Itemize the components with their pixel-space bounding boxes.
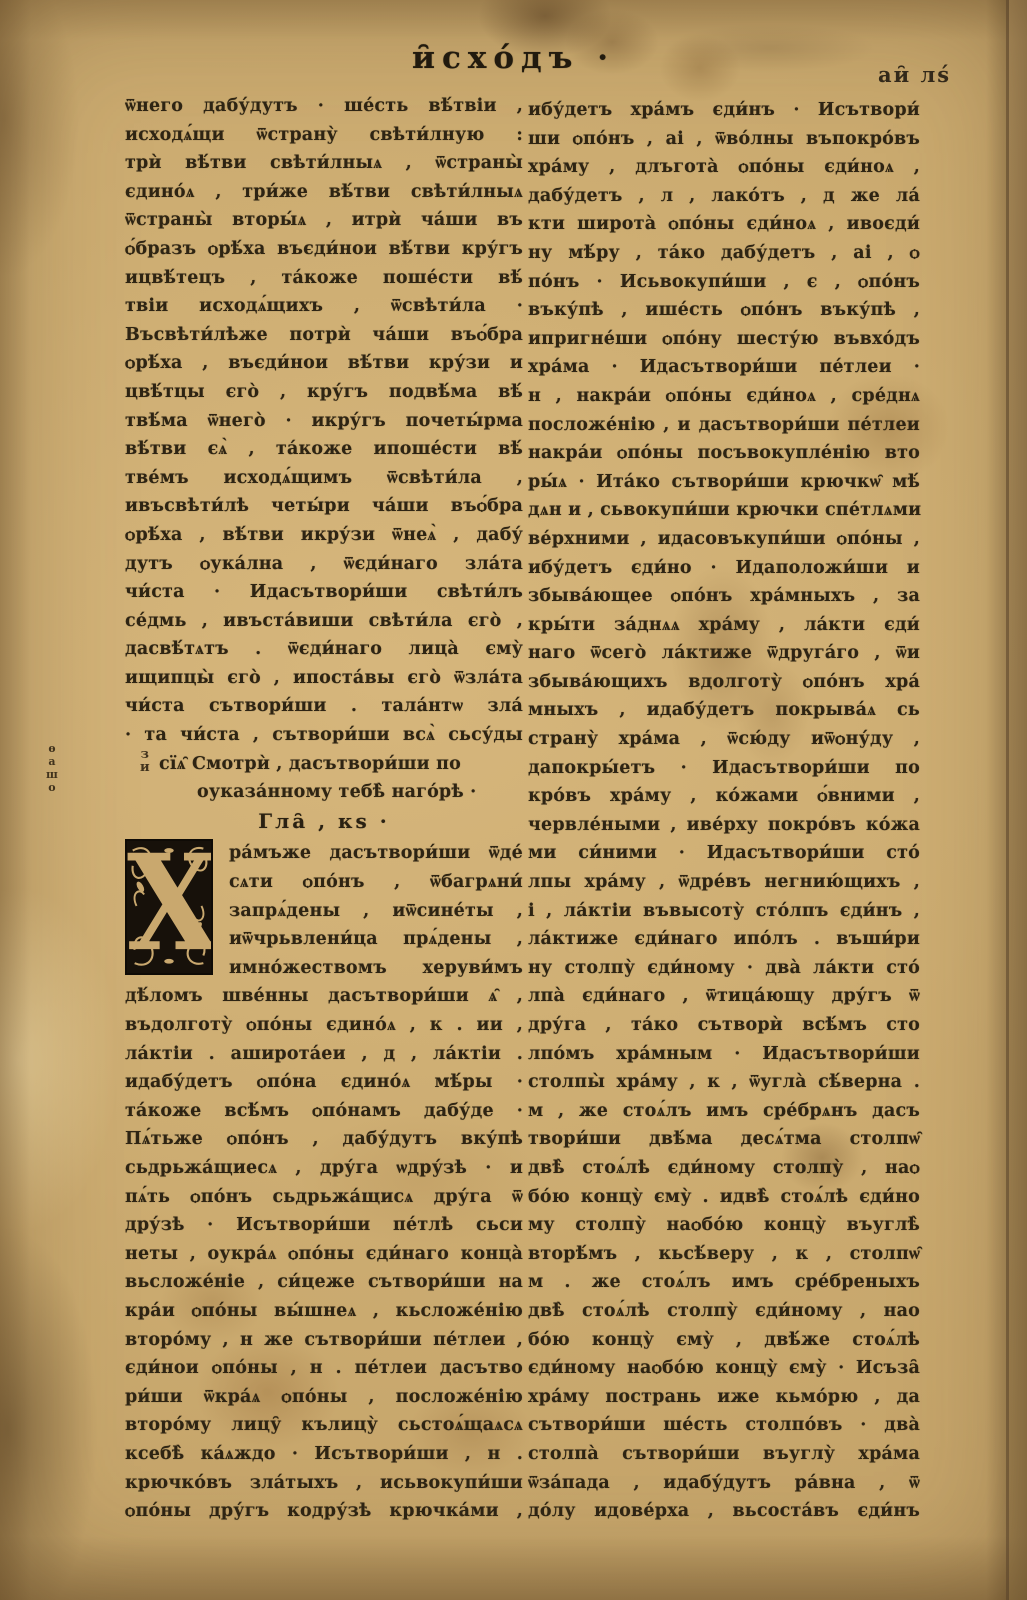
text-line: дасвѣ́тѧтъ . ѿєди́наго лица̀ єму̀	[125, 635, 523, 664]
text-line: столпы̀ хра́му , к , ѿугла̀ сѣ́верна .	[528, 1068, 920, 1097]
text-line: исходѧ́щи ѿстрану̀ свѣти́лную :	[125, 121, 523, 150]
text-line: наго ѿсего̀ ла́ктиже ѿдруга́го , ѿи	[528, 639, 920, 668]
text-line: цвѣ́тцы єго̀ , кру́гъ подвѣ́ма вѣ́	[125, 378, 523, 407]
dropcap-adjacent-text: ра́мъже дасътвори́ши ѿде́сѧти ѻпо́нъ , ѿ…	[229, 839, 523, 982]
text-line: та́коже всѣ́мъ ѻпо́намъ дабу́де ·	[125, 1097, 523, 1126]
text-line: дру́зѣ · Исътвори́ши пе́тлѣ сьси	[125, 1211, 523, 1240]
text-line: му столпу̀ наѻбо́ю концу̀ въуглѣ̀	[528, 1211, 920, 1240]
page-edge-line	[1006, 0, 1009, 1600]
text-line: ѿнего дабу́дутъ · ше́сть вѣ́твіи ,	[125, 92, 523, 121]
text-line: иѿчрьвлени́ца прѧ́дены ,	[229, 925, 523, 954]
page-edge-shadow	[1009, 0, 1027, 1600]
text-line: м , же стоѧ́лъ имъ сре́брѧнъ дасъ	[528, 1097, 920, 1126]
text-line: ищипцы̀ єго̀ , ипоста́вы єго̀ ѿзла́та	[125, 664, 523, 693]
text-line: єди́ному наѻбо́ю концу̀ єму̀ · Исъза̑	[528, 1354, 920, 1383]
text-line: страну̀ хра́ма , ѿсю́ду иѿѻну́ду ,	[528, 725, 920, 754]
text-line: ѻрѣ́ха , вѣ́тви икру́зи ѿнеѧ̀ , дабу́	[125, 521, 523, 550]
right-column: ибу́детъ хра́мъ єди́нъ · Исътвори́ши ѻпо…	[528, 96, 920, 1526]
dropcap-section: Х ра́мъже дасътвори́ши ѿде́сѧти ѻпо́нъ ,…	[125, 839, 523, 982]
text-line: кро́въ хра́му , ко́жами ѻ́вними ,	[528, 782, 920, 811]
text-line: чи́ста сътвори́ши . тала́нтѡ зла́	[125, 692, 523, 721]
text-line: твѣ́ма ѿнего̀ · икру́гъ почеты́рма	[125, 407, 523, 436]
text-line: сѧти ѻпо́нъ , ѿбагрѧни́	[229, 868, 523, 897]
text-line: двѣ̀ стоѧ́лѣ столпу̀ єди́ному , нао	[528, 1297, 920, 1326]
text-line: кра́и ѻпо́ны вы́шнеѧ , кьсложе́нію	[125, 1297, 523, 1326]
text-line: ибу́детъ єди́но · Идаположи́ши и	[528, 554, 920, 583]
text-line: второ́му лицу̑ кълицу̀ сьстоѧ́щаѧсѧ	[125, 1411, 523, 1440]
text-line: ра́мъже дасътвори́ши ѿде́	[229, 839, 523, 868]
text-line: ну мѣ́ру , та́ко дабу́детъ , аі , ѻ	[528, 239, 920, 268]
text-line: ла́ктіи . аширота́еи , д , ла́ктіи .	[125, 1040, 523, 1069]
margin-note-left: ѳашо	[46, 742, 58, 794]
text-line: ѿстраны̀ вторы́ѧ , итрѝ ча́ши въ	[125, 206, 523, 235]
text-line: дутъ ѻука́лна , ѿєди́наго зла́та	[125, 550, 523, 579]
text-line: чи́ста · Идасътвори́ши свѣти́лъ	[125, 578, 523, 607]
text-line: ла́ктиже єди́наго ипо́лъ . въши́ри	[528, 925, 920, 954]
text-line: ве́рхними , идасовъкупи́ши ѻпо́ны ,	[528, 525, 920, 554]
text-line: вьсложе́ніе , си́цеже сътвори́ши на	[125, 1268, 523, 1297]
text-line: вѣ́тви єѧ̀ , та́коже ипоше́сти вѣ́	[125, 435, 523, 464]
text-line: єдино́ѧ , три́же вѣ́тви свѣти́лныѧ	[125, 178, 523, 207]
text-line: ши ѻпо́нъ , аі , ѿво́лны въпокро́въ	[528, 125, 920, 154]
text-line: н , накра́и ѻпо́ны єди́ноѧ , сре́днѧ	[528, 382, 920, 411]
text-line: бо́ю концу̀ єму̀ , двѣ́же стоѧ́лѣ	[528, 1326, 920, 1355]
text-line: твори́ши двѣ́ма десѧ́тма столпѡ̑	[528, 1125, 920, 1154]
text-line: ри́ши ѿкра́ѧ ѻпо́ны , посложе́нію	[125, 1383, 523, 1412]
text-line: лпа̀ єди́наго , ѿтица́ющу дру́гъ ѿ	[528, 982, 920, 1011]
text-line: хра́му , длъгота̀ ѻпо́ны єди́ноѧ ,	[528, 153, 920, 182]
text-line: имно́жествомъ херуви́мъ	[229, 954, 523, 983]
text-line: ксебѣ̀ ка́ѧждо · Исътвори́ши , н .	[125, 1440, 523, 1469]
text-line: збыва́ющее ѻпо́нъ хра́мныхъ , за	[528, 582, 920, 611]
text-line: трѝ вѣ́тви свѣти́лныѧ , ѿстраны̀	[125, 149, 523, 178]
text-line: ѻпо́ны дру́гъ кодру́зѣ крючка́ми ,	[125, 1497, 523, 1526]
text-line: до́лу идове́рха , вьсоста́въ єди́нъ	[528, 1497, 920, 1526]
text-line: ицвѣ́тецъ , та́коже поше́сти вѣ́	[125, 264, 523, 293]
text-line: неты , оукра́ѧ ѻпо́ны єди́наго конца̀	[125, 1240, 523, 1269]
text-line: запрѧ́дены , иѿсине́ты ,	[229, 897, 523, 926]
folio-number: аи̑ лѕ́	[878, 62, 951, 87]
margin-note-letter: а	[46, 755, 58, 768]
margin-note-letter: ш	[46, 768, 58, 781]
margin-note-letter: ѳ	[46, 742, 58, 755]
instruction-line: сїѧ̑ Смотрѝ , дасътвори́ши по	[125, 750, 523, 779]
chapter-heading: Гла̑ , кѕ ·	[125, 807, 523, 836]
margin-note-letter: о	[46, 781, 58, 794]
text-line: Пѧ́тьже ѻпо́нъ , дабу́дутъ вку́пѣ	[125, 1125, 523, 1154]
text-line: въку́пѣ , ише́сть ѻпо́нъ въку́пѣ ,	[528, 296, 920, 325]
text-line: второ́му , н же сътвори́ши пе́тлеи ,	[125, 1326, 523, 1355]
text-line: ѻ́бразъ ѻрѣ́ха въєди́нои вѣ́тви кру́гъ	[125, 235, 523, 264]
text-line: і , ла́ктіи въвысоту̀ сто́лпъ єди́нъ ,	[528, 897, 920, 926]
left-column-upper-text: ѿнего дабу́дутъ · ше́сть вѣ́твіи ,исходѧ…	[125, 92, 523, 750]
text-line: сътвори́ши ше́сть столпо́въ · два̀	[528, 1411, 920, 1440]
text-line: ипригне́ши ѻпо́ну шесту́ю въвхо́дъ	[528, 325, 920, 354]
text-line: лпо́мъ хра́мным · Идасътвори́ши	[528, 1040, 920, 1069]
text-line: въдолготу̀ ѻпо́ны єдино́ѧ , к . ии ,	[125, 1011, 523, 1040]
text-line: тве́мъ исходѧ́щимъ ѿсвѣти́ла ,	[125, 464, 523, 493]
text-line: ми си́ними · Идасътвори́ши сто́	[528, 839, 920, 868]
text-line: Въсвѣти́лѣже потрѝ ча́ши въѻ́бра	[125, 321, 523, 350]
text-line: ѿза́пада , идабу́дутъ ра́вна , ѿ	[528, 1469, 920, 1498]
text-line: по́нъ · Исьвокупи́ши , є , ѻпо́нъ	[528, 268, 920, 297]
text-line: дру́га , та́ко сътворѝ всѣ́мъ сто	[528, 1011, 920, 1040]
text-line: ну столпу̀ єди́ному · два̀ ла́кти сто́	[528, 954, 920, 983]
text-line: ибу́детъ хра́мъ єди́нъ · Исътвори́	[528, 96, 920, 125]
text-line: дапокры́етъ · Идасътвори́ши по	[528, 754, 920, 783]
dropcap-initial: Х	[125, 839, 213, 975]
text-line: кти широта̀ ѻпо́ны єди́ноѧ , ивоєди́	[528, 210, 920, 239]
instruction-line: оуказа́нному тебѣ̀ наго́рѣ ·	[125, 778, 523, 807]
margin-note-letter: и	[140, 761, 150, 774]
text-line: хра́ма · Идасътвори́ши пе́тлеи ·	[528, 353, 920, 382]
text-line: сьдрьжа́щиесѧ , дру́га ѡдру́зѣ · и	[125, 1154, 523, 1183]
text-line: пѧ́ть ѻпо́нъ сьдрьжа́щисѧ дру́га ѿ	[125, 1183, 523, 1212]
text-line: двѣ̀ стоѧ́лѣ єди́ному столпу̀ , наѻ	[528, 1154, 920, 1183]
text-line: дѧн и , сьвокупи́ши крючки спе́тлѧми	[528, 496, 920, 525]
text-line: столпа̀ сътвори́ши въуглу̀ хра́ма	[528, 1440, 920, 1469]
left-column: ѿнего дабу́дутъ · ше́сть вѣ́твіи ,исходѧ…	[125, 92, 523, 1526]
text-line: мныхъ , идабу́детъ покрыва́ѧ сь	[528, 696, 920, 725]
text-line: кры́ти за́днѧѧ хра́му , ла́кти єди́	[528, 611, 920, 640]
text-line: идабу́детъ ѻпо́на єдино́ѧ мѣ́ры ·	[125, 1068, 523, 1097]
manuscript-page: и̑схо́дъ · аи̑ лѕ́ ѳашо зи ѿнего дабу́ду…	[0, 0, 1027, 1600]
text-line: ѻрѣ́ха , въєди́нои вѣ́тви кру́зи и	[125, 349, 523, 378]
text-line: червле́ными , иве́рху покро́въ ко́жа	[528, 811, 920, 840]
margin-note-inner: зи	[140, 748, 150, 774]
text-line: вторѣ́мъ , кьсѣ́веру , к , столпѡ̑	[528, 1240, 920, 1269]
text-line: м . же стоѧ́лъ имъ сре́бреныхъ	[528, 1268, 920, 1297]
text-line: крючко́въ зла́тыхъ , исьвокупи́ши	[125, 1469, 523, 1498]
left-column-lower-text: дѣ́ломъ шве́нны дасътвори́ши ѧ̑ ,въдолго…	[125, 982, 523, 1525]
text-line: лпы хра́му , ѿдре́въ негнию́щихъ ,	[528, 868, 920, 897]
text-line: ивъсвѣти́лѣ четы́ри ча́ши въѻ́бра	[125, 492, 523, 521]
text-line: · та чи́ста , сътвори́ши всѧ̀ сьсу́ды	[125, 721, 523, 750]
running-title: и̑схо́дъ ·	[0, 40, 1027, 76]
text-line: збыва́ющихъ вдолготу̀ ѻпо́нъ хра́	[528, 668, 920, 697]
text-line: дабу́детъ , л , лако́тъ , д же ла́	[528, 182, 920, 211]
text-line: посложе́нію , и дасътвори́ши пе́тлеи	[528, 411, 920, 440]
dropcap-letter: Х	[127, 839, 211, 975]
text-line: дѣ́ломъ шве́нны дасътвори́ши ѧ̑ ,	[125, 982, 523, 1011]
text-line: се́дмь , ивъста́виши свѣти́ла єго̀ ,	[125, 607, 523, 636]
text-line: ры́ѧ · Ита́ко сътвори́ши крючкѡ̑ мѣ́	[528, 468, 920, 497]
text-line: бо́ю концу̀ єму̀ . идвѣ̀ стоѧ́лѣ єди́но	[528, 1183, 920, 1212]
text-line: накра́и ѻпо́ны посъвокупле́нію вто	[528, 439, 920, 468]
text-line: твіи исходѧ́щихъ , ѿсвѣти́ла ·	[125, 292, 523, 321]
text-line: єди́нои ѻпо́ны , н . пе́тлеи дасътво	[125, 1354, 523, 1383]
text-line: хра́му пострань иже кьмо́рю , да	[528, 1383, 920, 1412]
